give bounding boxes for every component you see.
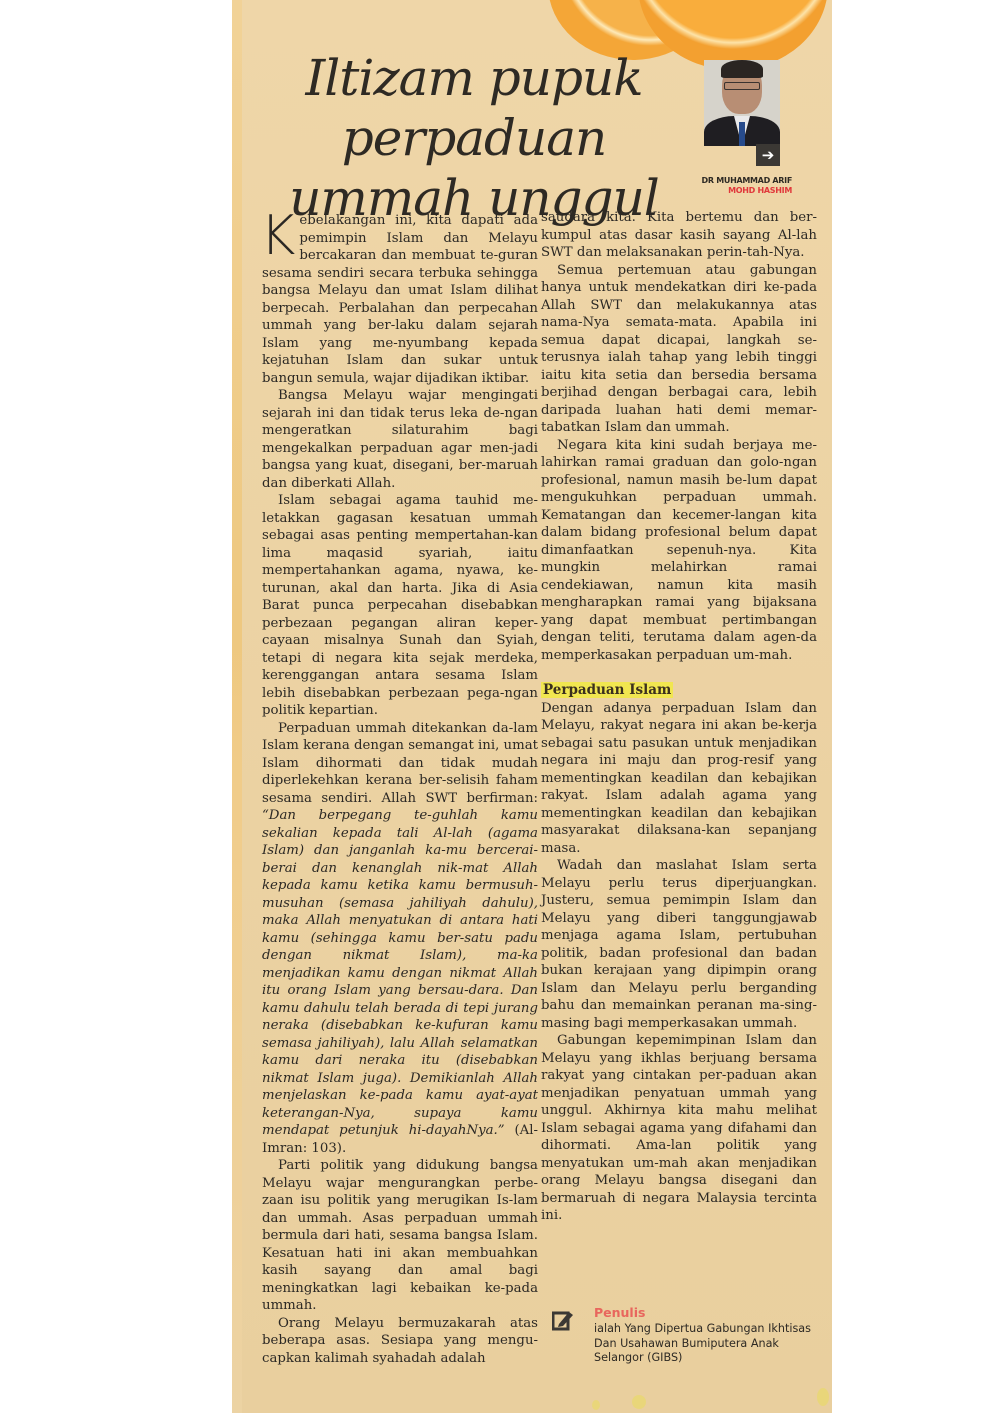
paragraph: Islam sebagai agama tauhid me-letakkan g… xyxy=(262,492,538,720)
writer-label: Penulis xyxy=(594,1305,645,1320)
arrow-right-icon: ➔ xyxy=(756,144,780,166)
paragraph: Orang Melayu bermuzakarah atas beberapa … xyxy=(262,1315,538,1368)
paragraph: Gabungan kepemimpinan Islam dan Melayu y… xyxy=(541,1032,817,1225)
headline: Iltizam pupuk perpaduan ummah unggul xyxy=(254,48,694,228)
section-subheading: Perpaduan Islam xyxy=(541,682,673,698)
writer-description: ialah Yang Dipertua Gabungan Ikhtisas Da… xyxy=(594,1322,824,1366)
headline-line-2: perpaduan xyxy=(342,109,607,167)
paragraph: saudara kita. Kita bertemu dan ber-kumpu… xyxy=(541,209,817,262)
paragraph: Kebelakangan ini, kita dapati ada pemimp… xyxy=(262,212,538,387)
author-name-line-2: MOHD HASHIM xyxy=(696,186,792,196)
author-byline: ➔ DR MUHAMMAD ARIF MOHD HASHIM xyxy=(696,60,796,196)
paper-stain xyxy=(592,1400,600,1410)
paper-stain xyxy=(632,1395,646,1409)
paragraph: Dengan adanya perpaduan Islam dan Melayu… xyxy=(541,700,817,858)
pen-edit-icon xyxy=(552,1309,574,1331)
paragraph: Semua pertemuan atau gabungan hanya untu… xyxy=(541,262,817,437)
paragraph-with-quote: Perpaduan ummah ditekankan da-lam Islam … xyxy=(262,720,538,1158)
paragraph: Negara kita kini sudah berjaya me-lahirk… xyxy=(541,437,817,665)
headline-line-1: Iltizam pupuk xyxy=(306,49,643,107)
drop-cap: K xyxy=(260,214,295,258)
article-column-left: Kebelakangan ini, kita dapati ada pemimp… xyxy=(262,212,538,1367)
quran-quote: “Dan berpegang te-guhlah kamu sekalian k… xyxy=(262,808,538,1138)
paragraph: Wadah dan maslahat Islam serta Melayu pe… xyxy=(541,857,817,1032)
paragraph: Bangsa Melayu wajar mengingati sejarah i… xyxy=(262,387,538,492)
author-name: DR MUHAMMAD ARIF MOHD HASHIM xyxy=(696,176,796,196)
paper-stain xyxy=(817,1388,829,1406)
paragraph: Parti politik yang didukung bangsa Melay… xyxy=(262,1157,538,1315)
newspaper-clipping: Iltizam pupuk perpaduan ummah unggul ➔ D… xyxy=(232,0,832,1413)
article-column-right: saudara kita. Kita bertemu dan ber-kumpu… xyxy=(541,209,817,1225)
author-name-line-1: DR MUHAMMAD ARIF xyxy=(696,176,792,186)
author-photo xyxy=(704,60,780,146)
